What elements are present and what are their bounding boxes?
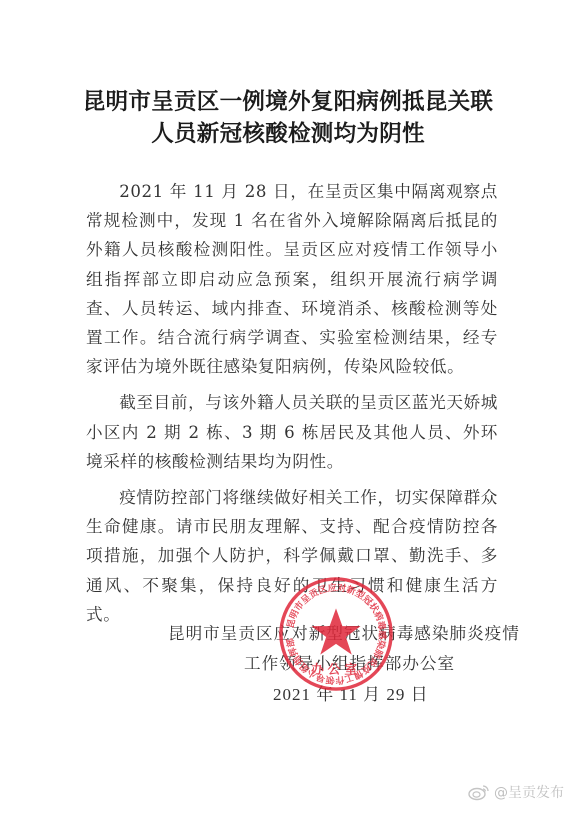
official-seal-icon: 昆明市呈贡区应对新型冠状病毒感染肺炎疫情工作领导小组指挥部 办公室 xyxy=(277,575,395,693)
weibo-watermark: @呈贡发布 xyxy=(468,782,564,802)
document-body: 2021 年 11 月 28 日，在呈贡区集中隔离观察点常规检测中，发现 1 名… xyxy=(86,177,498,629)
title-line-1: 昆明市呈贡区一例境外复阳病例抵昆关联 xyxy=(0,86,576,118)
watermark-text: @呈贡发布 xyxy=(494,782,564,802)
seal-center-text: 办公室 xyxy=(311,661,361,677)
paragraph-2: 截至目前，与该外籍人员关联的呈贡区蓝光天娇城小区内 2 期 2 栋、3 期 6 … xyxy=(86,388,498,476)
paragraph-1: 2021 年 11 月 28 日，在呈贡区集中隔离观察点常规检测中，发现 1 名… xyxy=(86,177,498,381)
document-title: 昆明市呈贡区一例境外复阳病例抵昆关联 人员新冠核酸检测均为阴性 xyxy=(0,86,576,150)
weibo-icon xyxy=(468,783,490,801)
title-line-2: 人员新冠核酸检测均为阴性 xyxy=(0,118,576,150)
